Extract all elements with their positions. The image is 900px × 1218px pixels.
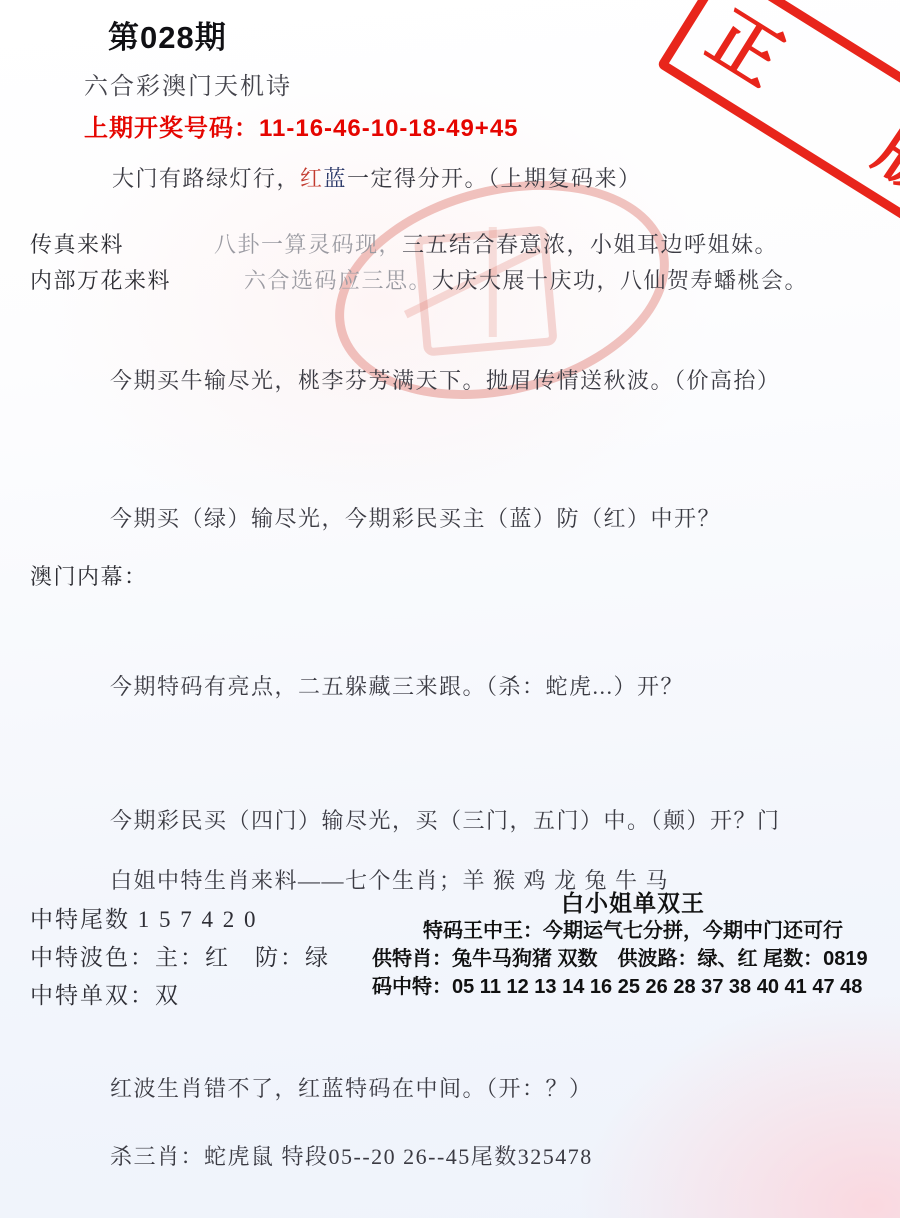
door-poem-blue-char: 蓝 (324, 166, 348, 191)
special-code-numbers-line: 码中特：05 11 12 13 14 16 25 26 28 37 38 40 … (372, 973, 894, 1001)
red-wave-line: 红波生肖错不了，红蓝特码在中间。（开：？） (110, 1072, 593, 1103)
zodiac-wave-tail-line: 供特肖：兔牛马狗猪 双数 供波路：绿、红 尾数：0819 (372, 945, 894, 973)
macau-insider-label: 澳门内幕： (30, 560, 148, 591)
white-lady-title: 白小姐单双王 (372, 889, 894, 917)
white-lady-block: 白小姐单双王 特码王中王：今期运气七分拼，今期中门还可行 供特肖：兔牛马狗猪 双… (372, 889, 894, 1001)
special-number-block: 中特尾数 1 5 7 4 2 0 中特波色：主：红 防：绿 中特单双：双 (30, 901, 330, 1015)
previous-draw-numbers: 11-16-46-10-18-49+45 (259, 115, 519, 142)
door-poem-post: 一定得分开。（上期复码来） (347, 166, 642, 191)
door-poem-line: 大门有路绿灯行，红蓝一定得分开。（上期复码来） (112, 162, 642, 193)
door-poem-pre: 大门有路绿灯行， (112, 166, 300, 191)
genuine-edition-stamp: 正 版 (657, 0, 900, 243)
lottery-tip-sheet: 第028期 六合彩澳门天机诗 上期开奖号码：11-16-46-10-18-49+… (0, 0, 900, 1218)
four-door-line: 今期彩民买（四门）输尽光，买（三门，五门）中。（颠）开？门 (110, 804, 781, 835)
buy-green-line: 今期买（绿）输尽光，今期彩民买主（蓝）防（红）中开？ (110, 502, 721, 533)
stamp-char: 版 (865, 112, 900, 209)
door-poem-red-char: 红 (300, 166, 324, 191)
stamp-char: 正 (697, 0, 793, 96)
wave-color-line: 中特波色：主：红 防：绿 (30, 939, 330, 977)
internal-poem-rest: 大庆大展十庆功，八仙贺寿蟠桃会。 (432, 268, 808, 293)
fax-source-label: 传真来料 (30, 228, 124, 259)
odd-even-line: 中特单双：双 (30, 977, 330, 1015)
internal-poem-line: 六合选码应三思。大庆大展十庆功，八仙贺寿蟠桃会。 (244, 264, 808, 295)
internal-poem-faded: 六合选码应三思。 (244, 268, 432, 293)
king-of-kings-line: 特码王中王：今期运气七分拼，今期中门还可行 (372, 917, 894, 945)
tail-numbers-line: 中特尾数 1 5 7 4 2 0 (30, 901, 330, 939)
fax-poem-rest: 三五结合春意浓，小姐耳边呼姐妹。 (402, 232, 778, 257)
previous-draw-line: 上期开奖号码：11-16-46-10-18-49+45 (84, 108, 519, 143)
fax-poem-faded: 八卦一算灵码现， (214, 232, 402, 257)
buy-ox-line: 今期买牛输尽光，桃李芬芳满天下。抛眉传情送秋波。（价高抬） (110, 364, 781, 395)
special-code-line: 今期特码有亮点，二五躲藏三来跟。（杀：蛇虎...）开？ (110, 670, 684, 701)
issue-title: 第028期 (108, 12, 227, 57)
fax-poem-line: 八卦一算灵码现，三五结合春意浓，小姐耳边呼姐妹。 (214, 228, 778, 259)
kill-three-zodiac-line: 杀三肖：蛇虎鼠 特段05--20 26--45尾数325478 (110, 1140, 593, 1171)
previous-draw-label: 上期开奖号码： (84, 115, 259, 142)
internal-source-label: 内部万花来料 (30, 264, 171, 295)
page-subtitle: 六合彩澳门天机诗 (84, 66, 292, 101)
